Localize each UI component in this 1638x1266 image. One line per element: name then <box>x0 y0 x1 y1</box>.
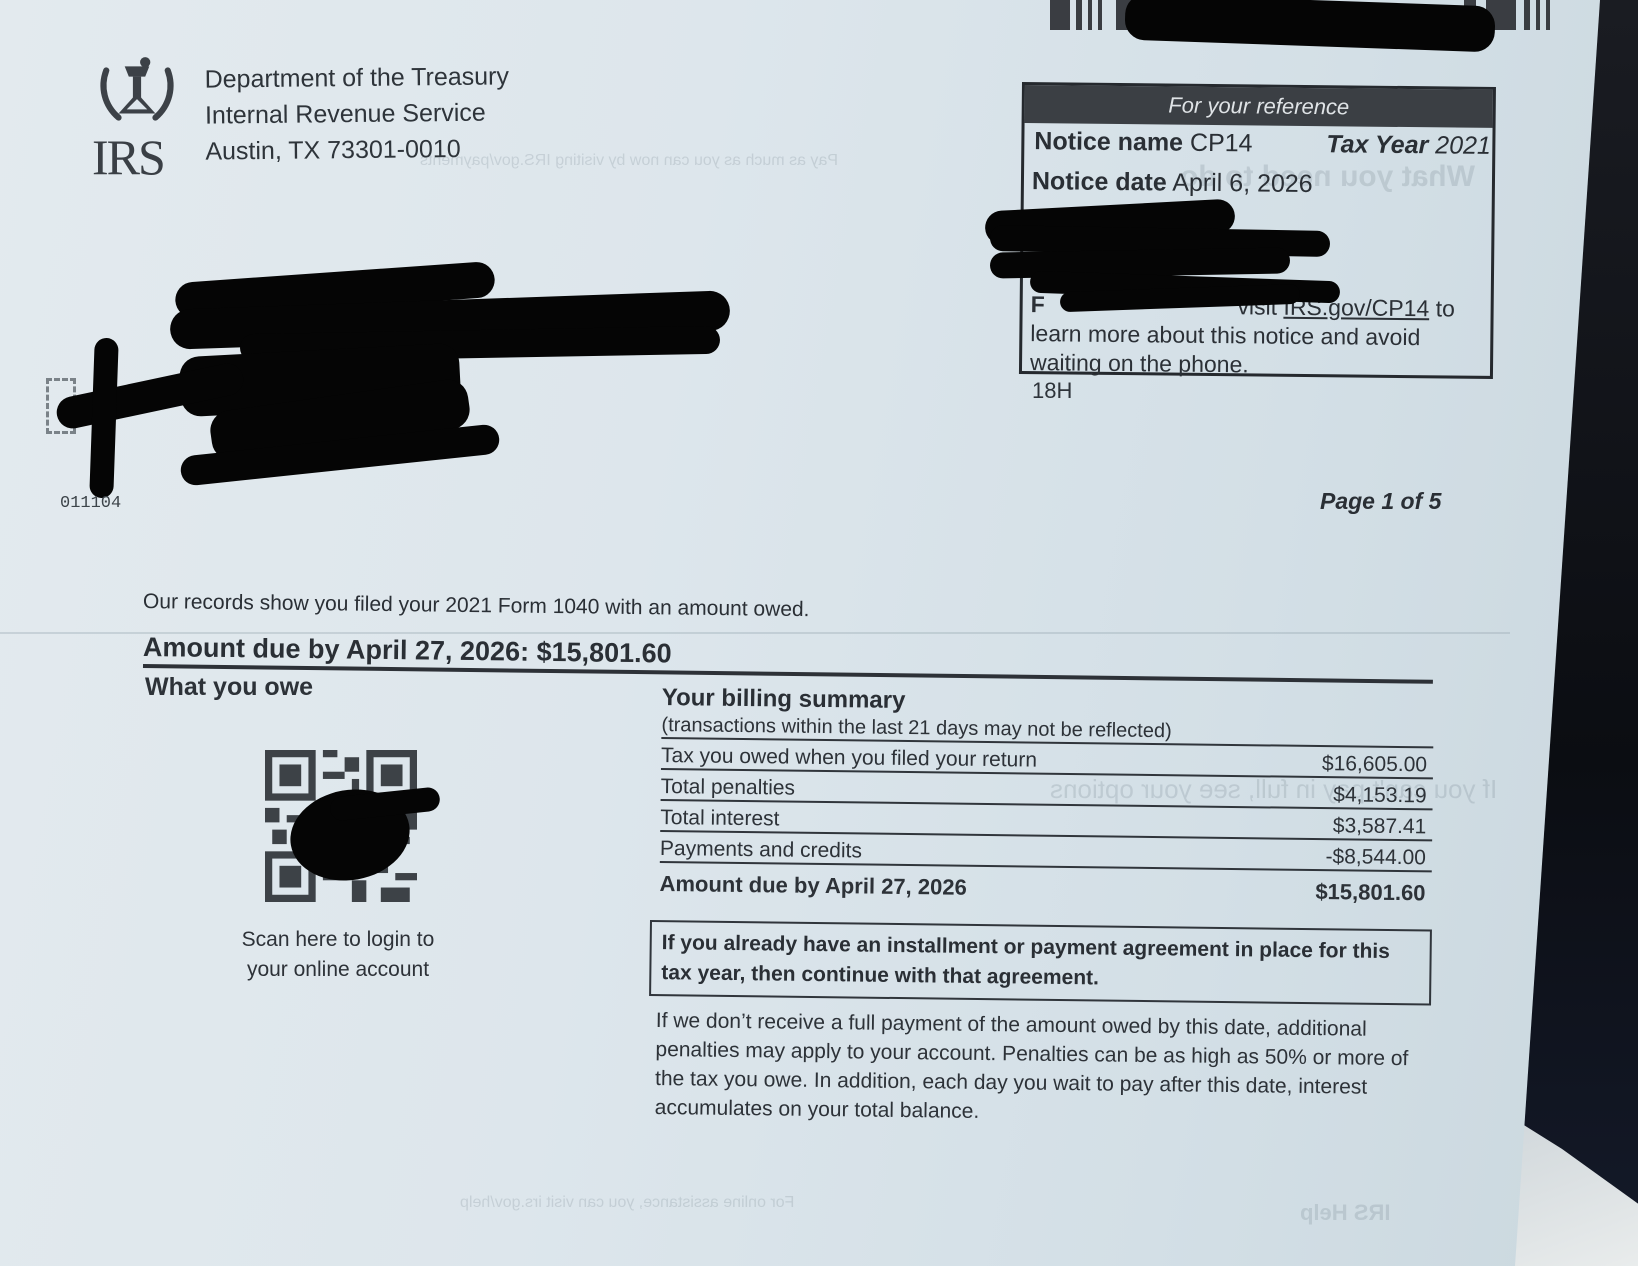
billing-total-amount: $15,801.60 <box>1315 871 1432 906</box>
redaction-mark <box>1124 0 1495 52</box>
records-statement: Our records show you filed your 2021 For… <box>143 590 810 622</box>
reference-box-title: For your reference <box>1025 85 1493 128</box>
mail-code: 011104 <box>60 494 121 513</box>
billing-row-label: Total interest <box>660 806 779 831</box>
agency-city: Austin, TX 73301-0010 <box>205 130 510 169</box>
notice-name-value: CP14 <box>1190 129 1253 158</box>
agency-address: Department of the Treasury Internal Reve… <box>204 58 509 169</box>
agency-name: Internal Revenue Service <box>205 94 510 133</box>
section-heading-what-you-owe: What you owe <box>145 673 313 702</box>
irs-notice-page: What you need to do Pay as much as you c… <box>0 0 1600 1266</box>
notice-date-value: April 6, 2026 <box>1172 169 1313 198</box>
more-info-suffix: to <box>1436 295 1455 321</box>
bleed-through-heading: IRS Help <box>1300 1200 1390 1226</box>
headline-rule <box>143 664 1433 684</box>
billing-row-label: Payments and credits <box>660 837 862 863</box>
amount-due-headline: Amount due by April 27, 2026: $15,801.60 <box>143 632 672 669</box>
billing-summary: Your billing summary (transactions withi… <box>659 684 1434 906</box>
page-indicator: Page 1 of 5 <box>1320 488 1441 515</box>
billing-total-label: Amount due by April 27, 2026 <box>659 871 967 901</box>
more-info-prefix: F <box>1031 291 1045 317</box>
billing-row-label: Total penalties <box>661 775 796 801</box>
irs-logo: IRS <box>92 52 182 182</box>
billing-row-label: Tax you owed when you filed your return <box>661 744 1037 773</box>
notice-name-label: Notice name <box>1034 127 1183 157</box>
qr-caption-line: Scan here to login to <box>228 925 448 955</box>
notice-date: Notice date April 6, 2026 <box>1032 167 1313 199</box>
agreement-notice: If you already have an installment or pa… <box>649 920 1432 1006</box>
penalty-warning: If we don’t receive a full payment of th… <box>655 1006 1426 1131</box>
redaction-mark <box>89 338 119 499</box>
tax-year-label: Tax Year <box>1326 130 1428 159</box>
tax-year: Tax Year 2021 <box>1326 130 1491 161</box>
billing-row-amount: -$8,544.00 <box>1325 837 1432 870</box>
irs-logo-text: IRS <box>92 133 182 181</box>
qr-caption-line: your online account <box>228 955 448 985</box>
qr-caption: Scan here to login to your online accoun… <box>228 925 448 985</box>
bleed-through-line: For online assistance, you can visit irs… <box>460 1194 794 1212</box>
notice-date-label: Notice date <box>1032 167 1167 196</box>
tax-year-value: 2021 <box>1435 131 1491 160</box>
billing-row-amount: $3,587.41 <box>1333 806 1433 839</box>
irs-eagle-icon <box>96 52 178 134</box>
notice-code: 18H <box>1032 378 1072 404</box>
more-info-text: learn more about this notice and avoid w… <box>1030 319 1491 382</box>
notice-name: Notice name CP14 <box>1034 127 1252 158</box>
billing-row-amount: $16,605.00 <box>1322 744 1433 777</box>
agency-department: Department of the Treasury <box>204 58 509 97</box>
billing-row-amount: $4,153.19 <box>1333 775 1433 808</box>
